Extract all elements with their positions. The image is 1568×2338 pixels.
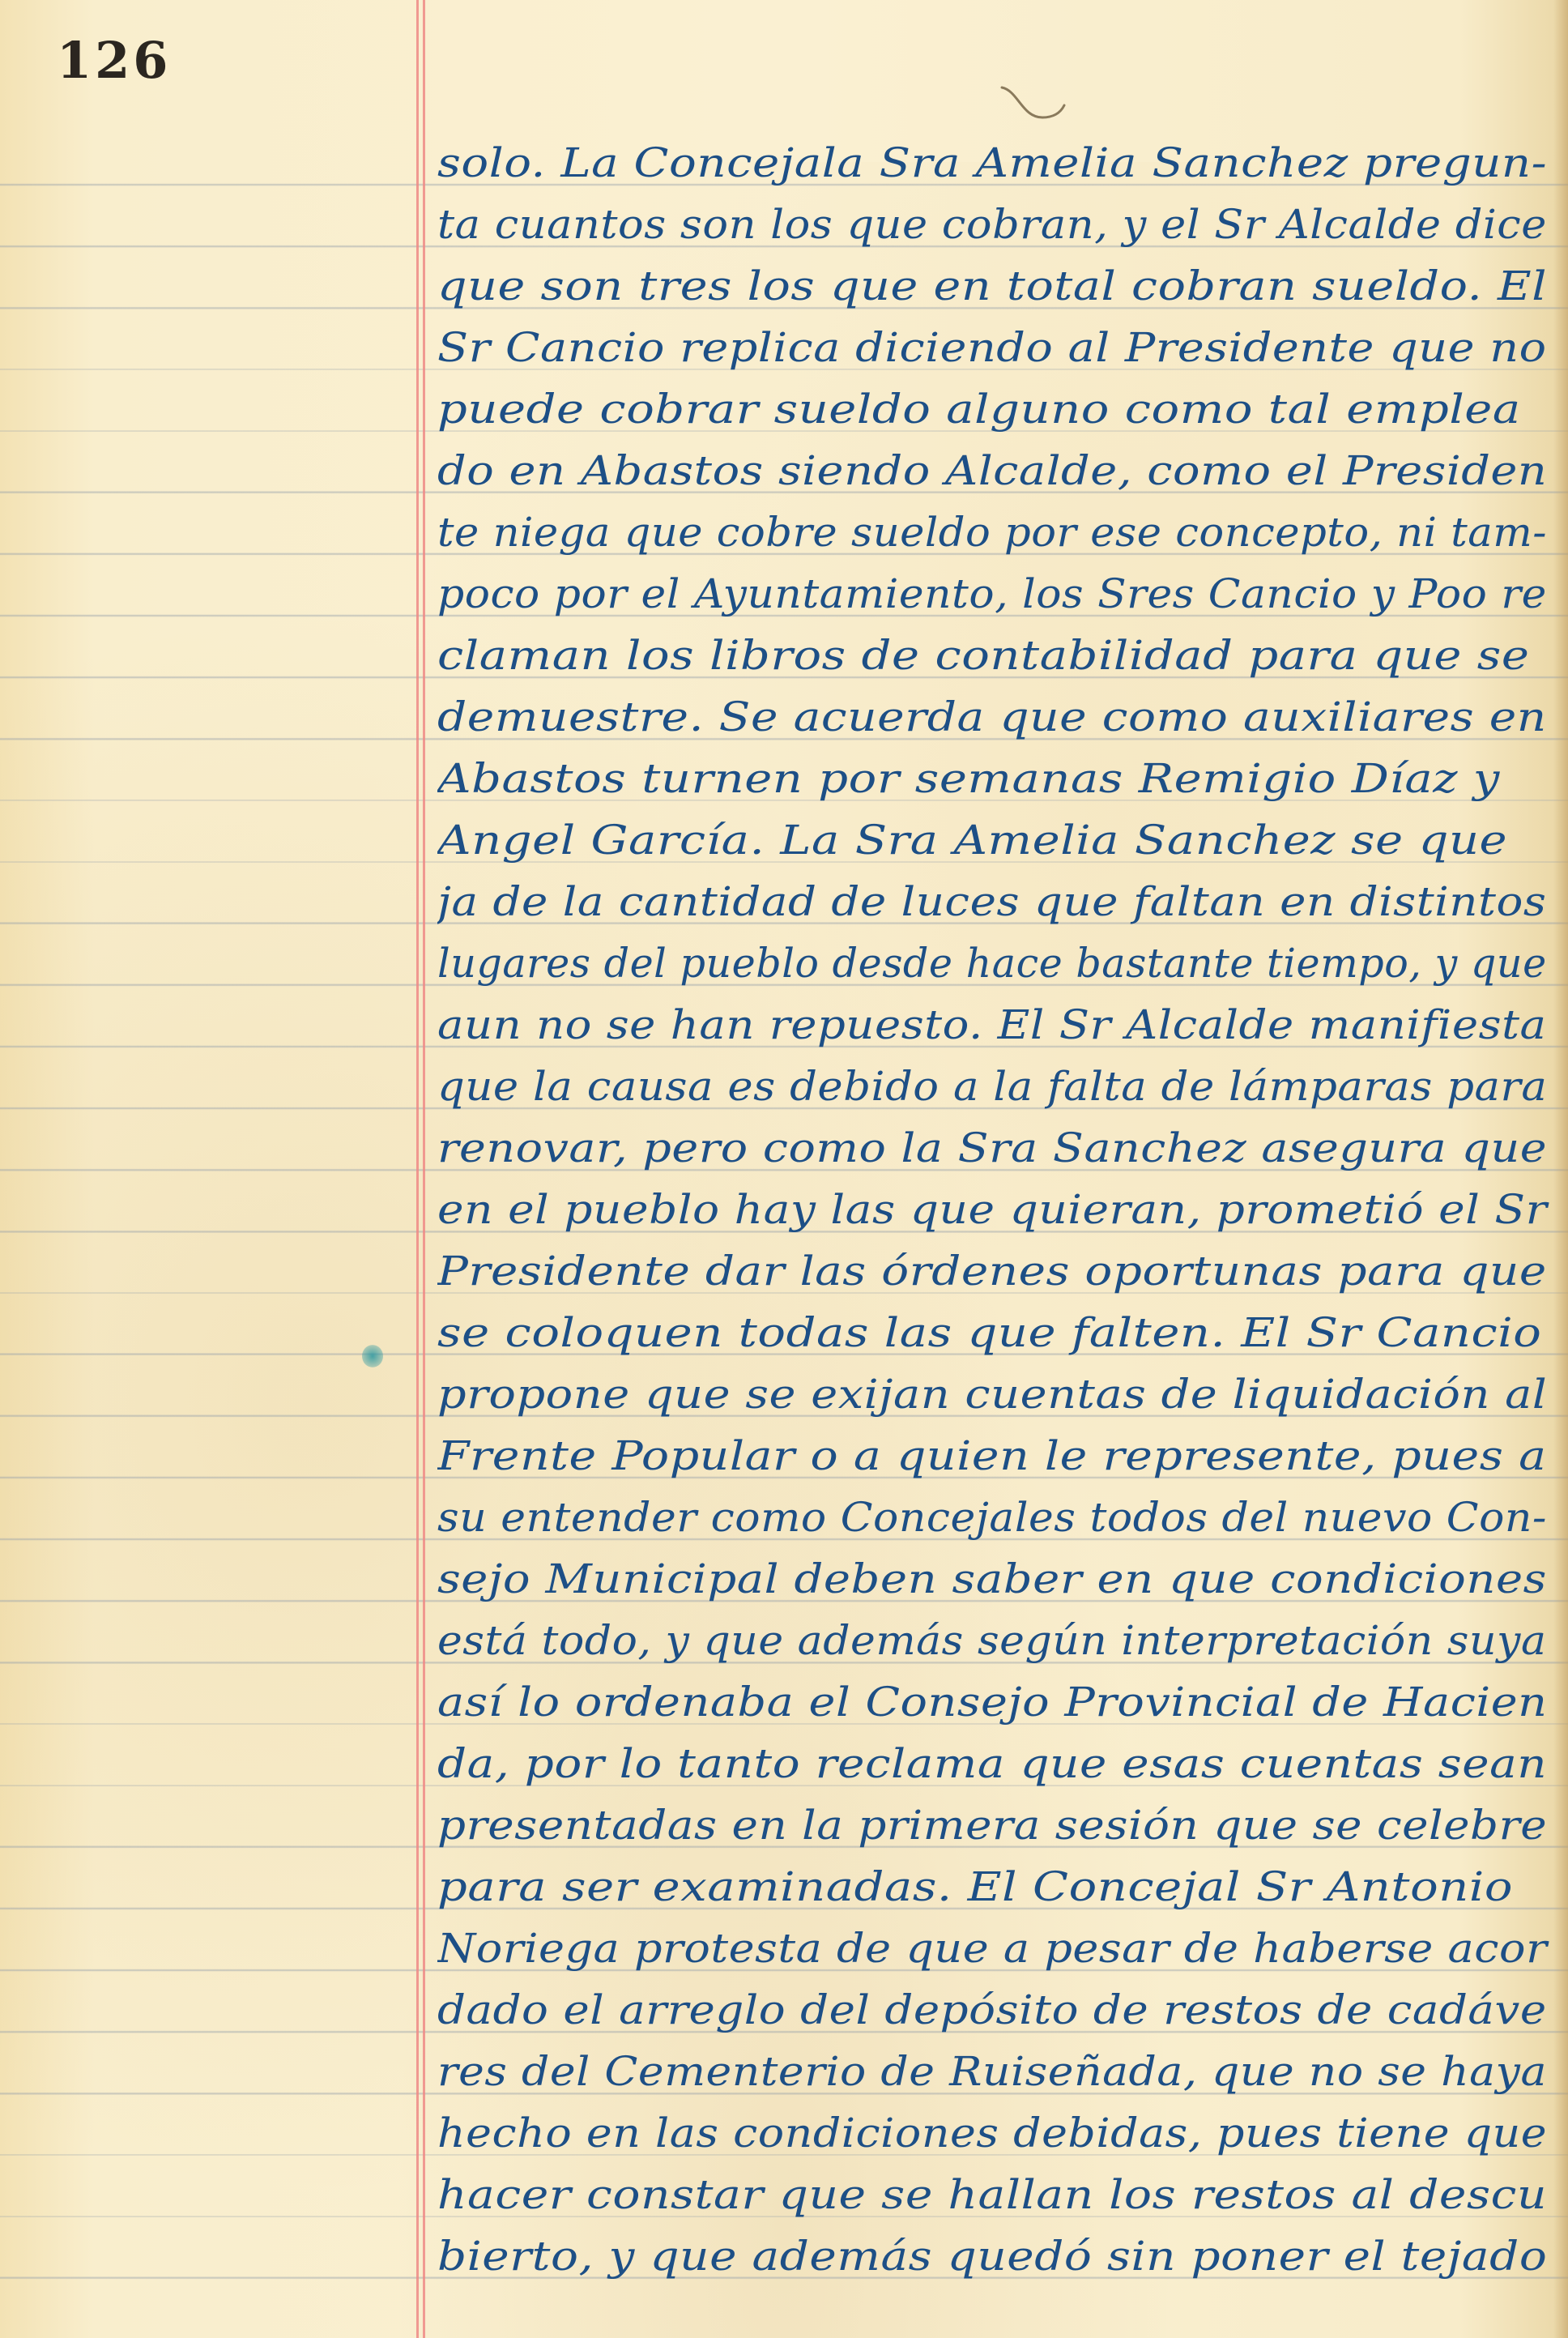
page-number: 126 xyxy=(57,31,171,90)
text-line: propone que se exijan cuentas de liquida… xyxy=(437,1363,1555,1425)
text-line: Angel García. La Sra Amelia Sanchez se q… xyxy=(437,809,1555,871)
text-line: que son tres los que en total cobran sue… xyxy=(437,255,1555,317)
text-line: en el pueblo hay las que quieran, promet… xyxy=(437,1179,1555,1240)
text-line: bierto, y que además quedó sin poner el … xyxy=(437,2225,1555,2287)
text-line: que la causa es debido a la falta de lám… xyxy=(437,1056,1555,1117)
text-line: res del Cementerio de Ruiseñada, que no … xyxy=(437,2041,1555,2102)
text-line: hacer constar que se hallan los restos a… xyxy=(437,2164,1555,2225)
text-line: da, por lo tanto reclama que esas cuenta… xyxy=(437,1733,1555,1794)
text-line: hecho en las condiciones debidas, pues t… xyxy=(437,2102,1555,2164)
text-line: claman los libros de contabilidad para q… xyxy=(437,625,1555,686)
text-line: su entender como Concejales todos del nu… xyxy=(437,1487,1555,1548)
text-line: do en Abastos siendo Alcalde, como el Pr… xyxy=(437,440,1555,501)
ledger-page: 126 solo. La Concejala Sra Amelia Sanche… xyxy=(0,0,1568,2338)
text-line: sejo Municipal deben saber en que condic… xyxy=(437,1548,1555,1610)
pencil-check-mark-icon xyxy=(998,81,1071,130)
text-line: Presidente dar las órdenes oportunas par… xyxy=(437,1240,1555,1302)
text-line: dado el arreglo del depósito de restos d… xyxy=(437,1979,1555,2041)
text-line: presentadas en la primera sesión que se … xyxy=(437,1794,1555,1856)
ink-blot xyxy=(362,1345,383,1367)
text-line: está todo, y que además según interpreta… xyxy=(437,1610,1555,1671)
text-line: se coloquen todas las que falten. El Sr … xyxy=(437,1302,1555,1363)
text-line: puede cobrar sueldo alguno como tal empl… xyxy=(437,378,1555,440)
text-line: ja de la cantidad de luces que faltan en… xyxy=(437,871,1555,932)
text-line: así lo ordenaba el Consejo Provincial de… xyxy=(437,1671,1555,1733)
handwritten-minutes-text: solo. La Concejala Sra Amelia Sanchez pr… xyxy=(437,132,1555,2287)
text-line: demuestre. Se acuerda que como auxiliare… xyxy=(437,686,1555,748)
text-line: Noriega protesta de que a pesar de haber… xyxy=(437,1918,1555,1979)
text-line: Frente Popular o a quien le represente, … xyxy=(437,1425,1555,1487)
text-line: para ser examinadas. El Concejal Sr Anto… xyxy=(437,1856,1555,1918)
text-line: aun no se han repuesto. El Sr Alcalde ma… xyxy=(437,994,1555,1056)
text-line: te niega que cobre sueldo por ese concep… xyxy=(437,501,1555,563)
text-line: solo. La Concejala Sra Amelia Sanchez pr… xyxy=(437,132,1555,194)
text-line: ta cuantos son los que cobran, y el Sr A… xyxy=(437,194,1555,255)
text-line: renovar, pero como la Sra Sanchez asegur… xyxy=(437,1117,1555,1179)
red-margin-line-left xyxy=(416,0,419,2338)
page-edge-shadow xyxy=(1553,0,1568,2338)
text-line: poco por el Ayuntamiento, los Sres Canci… xyxy=(437,563,1555,625)
text-line: Sr Cancio replica diciendo al Presidente… xyxy=(437,317,1555,378)
red-margin-line-right xyxy=(423,0,425,2338)
text-line: Abastos turnen por semanas Remigio Díaz … xyxy=(437,748,1555,809)
text-line: lugares del pueblo desde hace bastante t… xyxy=(437,932,1555,994)
